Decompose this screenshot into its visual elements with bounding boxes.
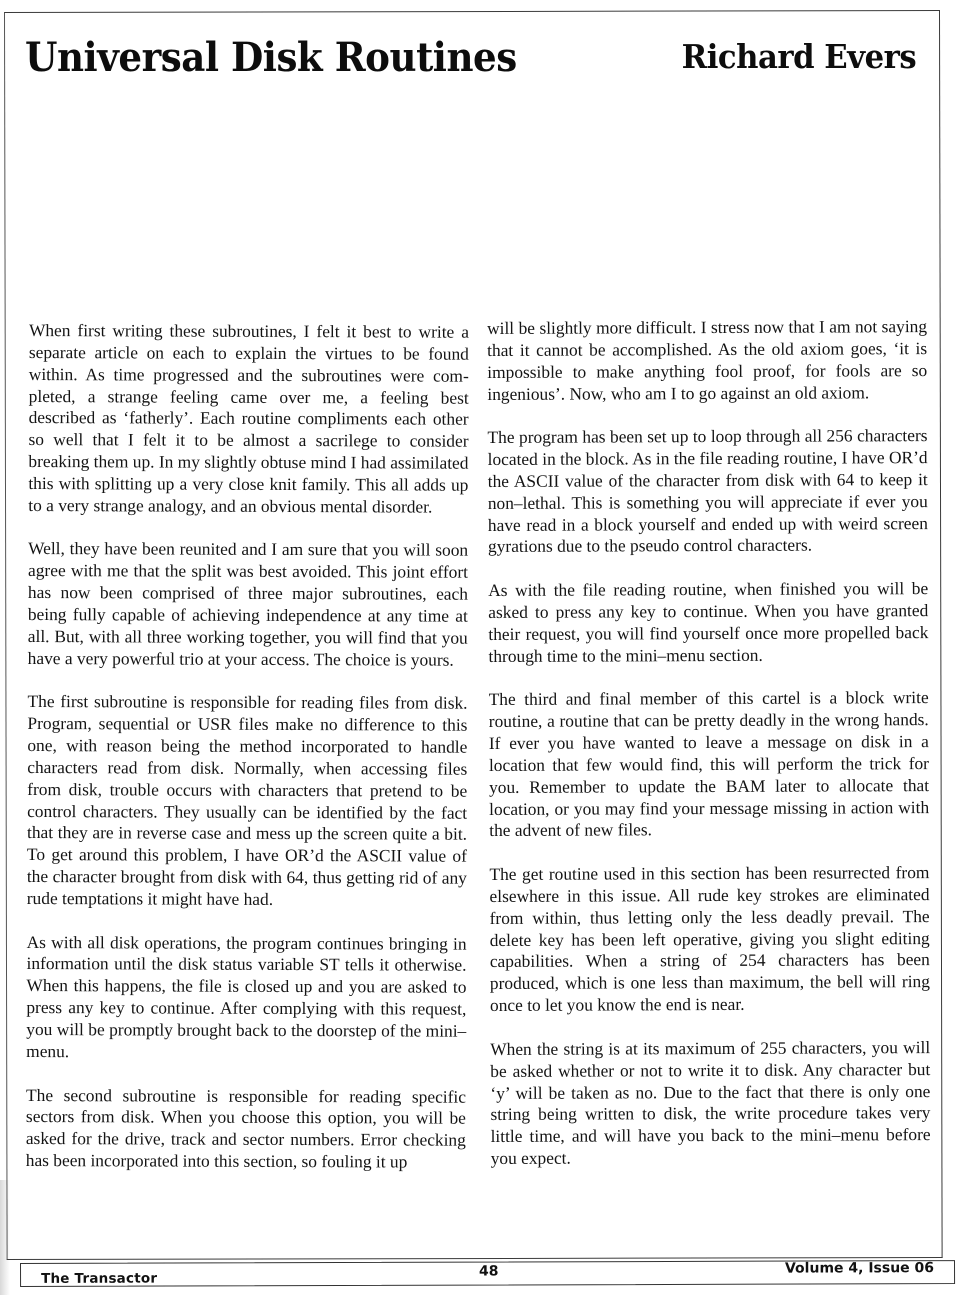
footer-page-number: 48 (479, 1263, 499, 1279)
left-column: When first writing these subroutines, I … (26, 320, 469, 1195)
footer-issue-label: Volume 4, Issue 06 (785, 1260, 934, 1276)
right-column: will be slightly more difficult. I stres… (487, 316, 931, 1192)
article-title: Universal Disk Routines (25, 38, 517, 78)
paragraph: Well, they have been reunited and I am s… (28, 538, 469, 671)
footer-publication-name: The Transactor (41, 1271, 157, 1287)
paragraph: The first subroutine is responsible for … (27, 691, 468, 911)
paragraph: The get routine used in this section has… (489, 862, 930, 1017)
paragraph: When the string is at its maximum of 255… (490, 1037, 931, 1170)
paragraph: The program has been set up to loop thro… (487, 425, 928, 558)
paragraph: As with all disk operations, the program… (26, 932, 467, 1065)
page-footer: The Transactor 48 Volume 4, Issue 06 (20, 1260, 955, 1287)
paragraph: When first writing these subroutines, I … (28, 320, 469, 518)
paragraph: As with the file reading routine, when f… (488, 578, 928, 667)
paragraph: will be slightly more difficult. I stres… (487, 316, 927, 405)
paragraph: The third and final member of this carte… (489, 687, 930, 842)
paragraph: The second subroutine is responsible for… (26, 1085, 466, 1174)
article-author: Richard Evers (681, 40, 916, 73)
